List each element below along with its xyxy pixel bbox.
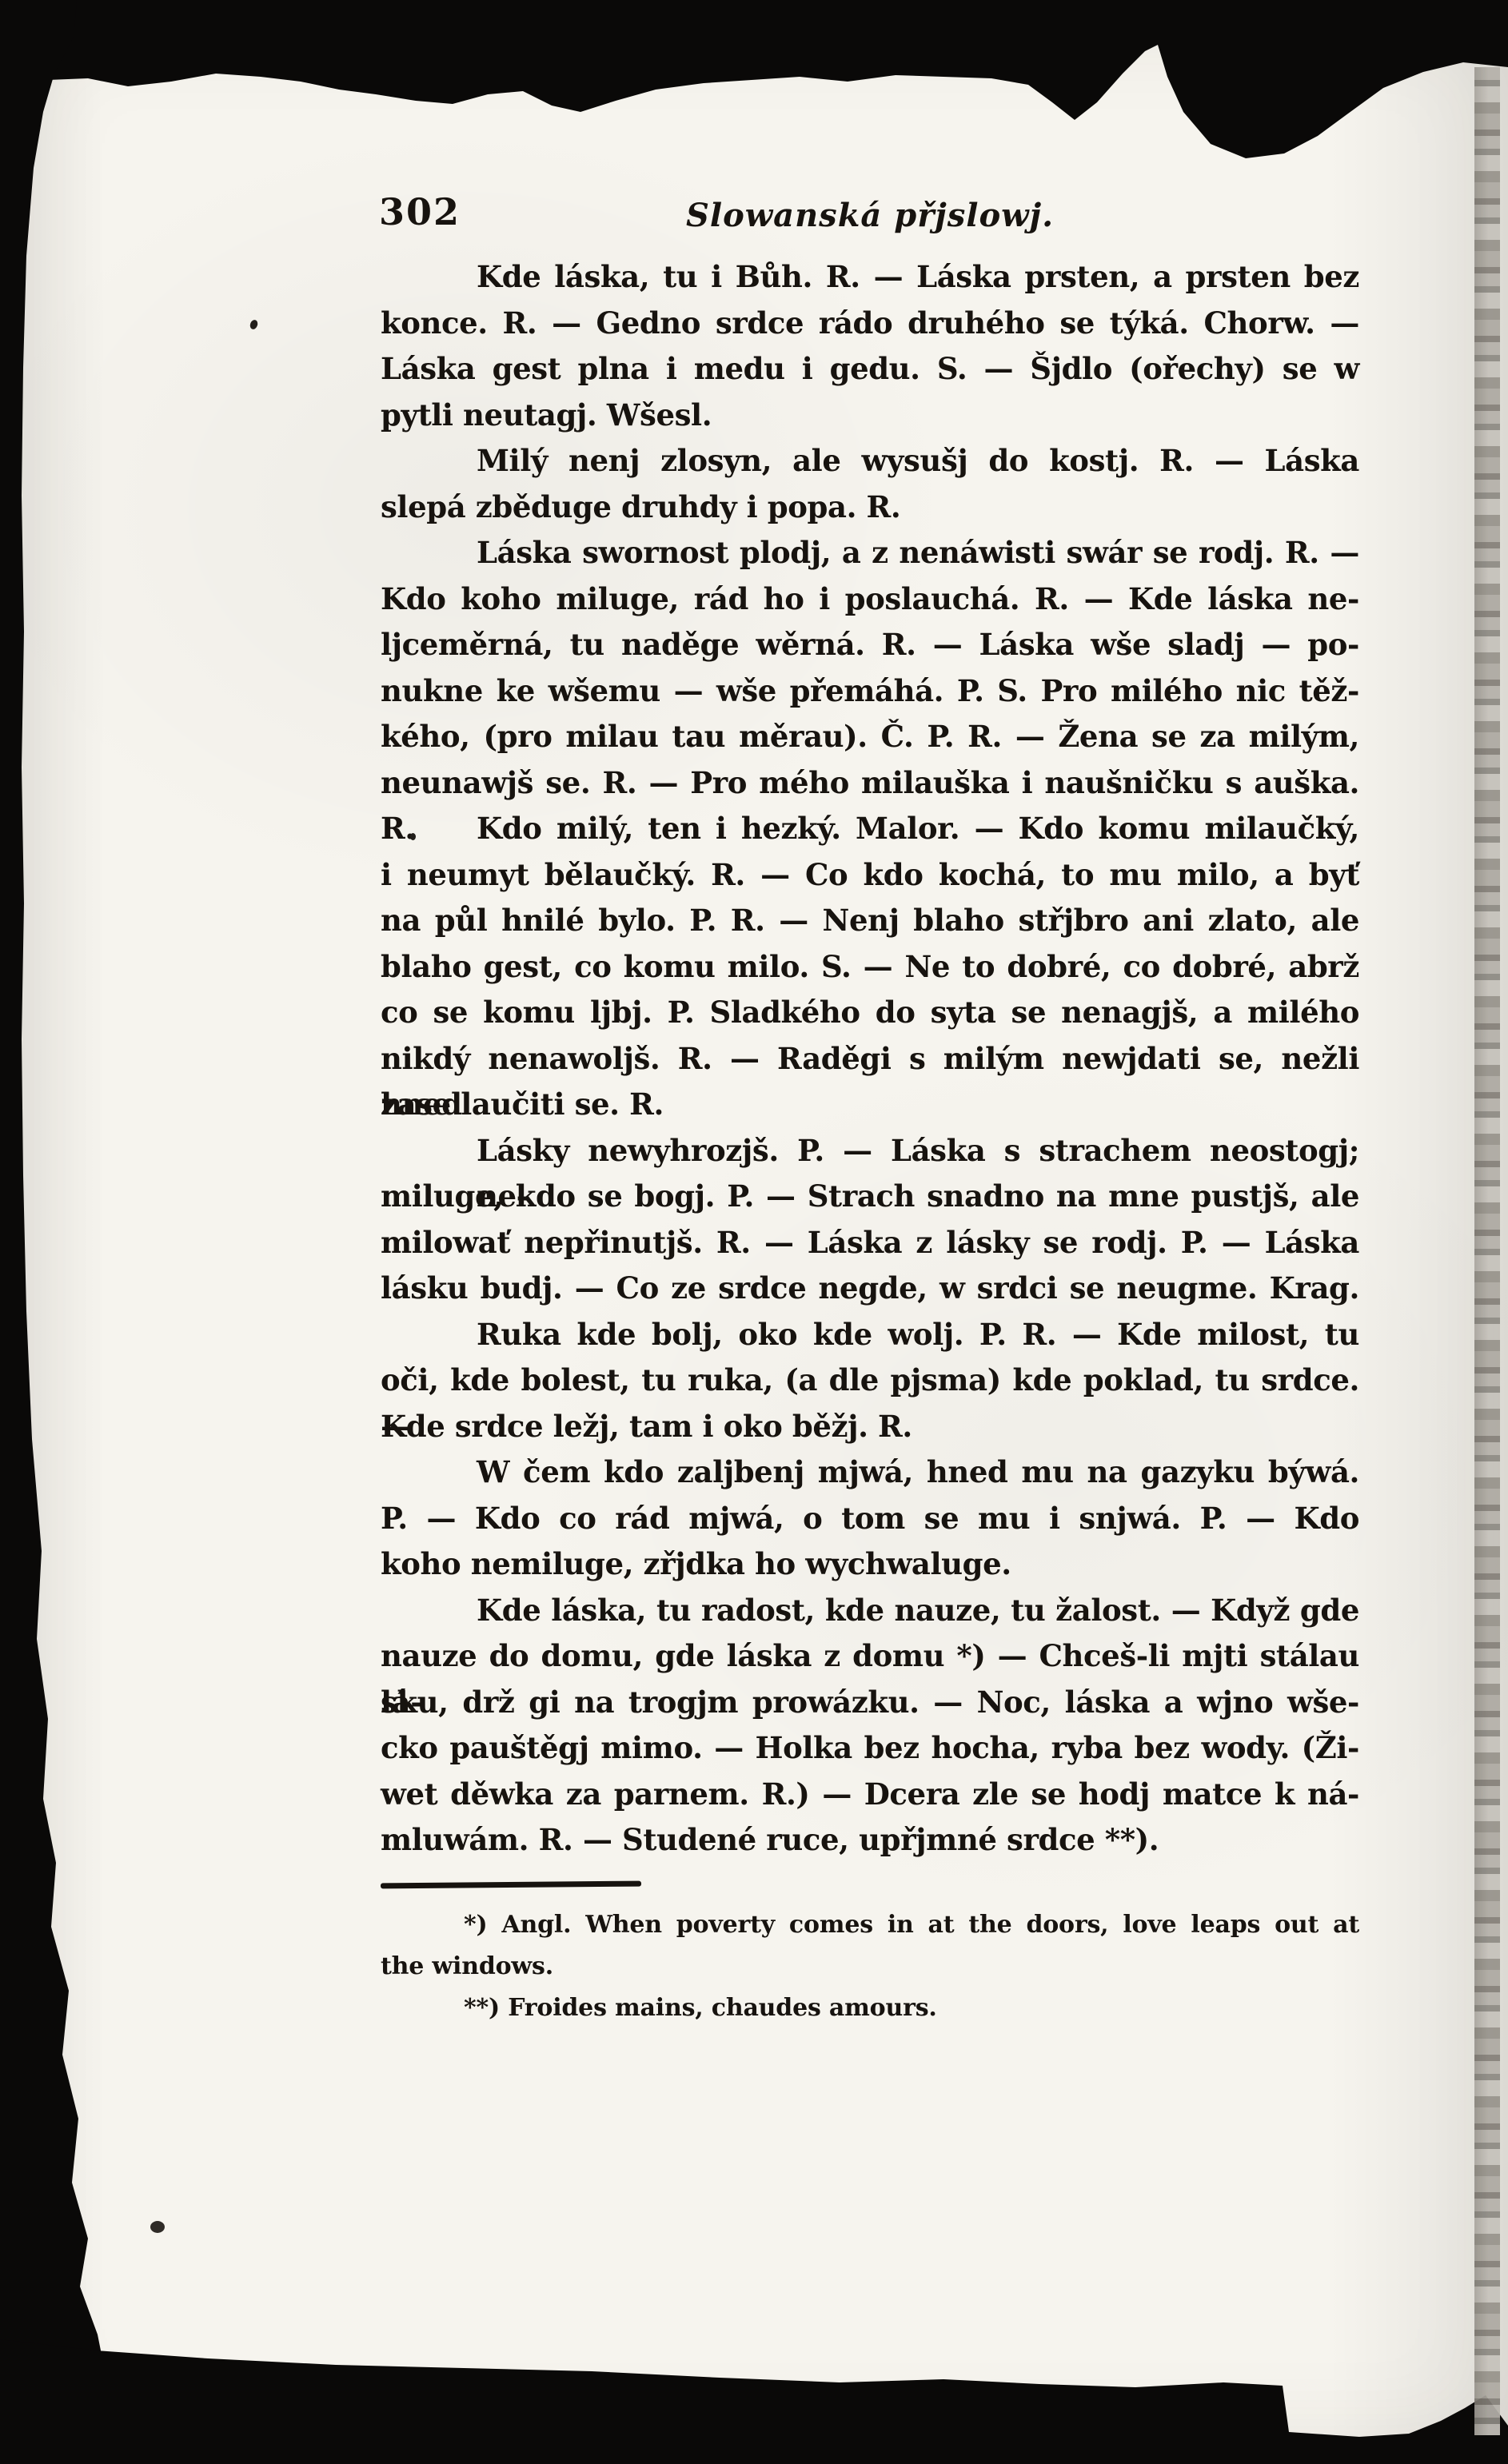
ink-speck — [150, 2221, 165, 2233]
text-line: miluge, kdo se bogj. P. — Strach snadno … — [381, 1174, 1359, 1220]
book-page-scan: 302 Slowanská přjslowj. Kde láska, tu i … — [0, 0, 1508, 2464]
text-line: Lásky newyhrozjš. P. — Láska s strachem … — [381, 1128, 1359, 1174]
text-line: i neumyt bělaučký. R. — Co kdo kochá, to… — [381, 852, 1359, 899]
ink-speck — [410, 833, 416, 840]
text-line: koho nemiluge, zřjdka ho wychwaluge. — [381, 1541, 1359, 1588]
text-line: Kde srdce ležj, tam i oko běžj. R. — [381, 1404, 1359, 1450]
footnote-line: *) Angl. When poverty comes in at the do… — [381, 1904, 1359, 1946]
text-line: W čem kdo zaljbenj mjwá, hned mu na gazy… — [381, 1449, 1359, 1496]
text-line: konce. R. — Gedno srdce rádo druhého se … — [381, 301, 1359, 347]
proverb-text-block: Kde láska, tu i Bůh. R. — Láska prsten, … — [381, 254, 1359, 1864]
text-line: Kdo koho miluge, rád ho i poslauchá. R. … — [381, 576, 1359, 623]
text-line: Kde láska, tu radost, kde nauze, tu žalo… — [381, 1588, 1359, 1634]
text-line: neunawjš se. R. — Pro mého milauška i na… — [381, 760, 1359, 807]
text-line: wet děwka za parnem. R.) — Dcera zle se … — [381, 1772, 1359, 1818]
text-line: kého, (pro milau tau měrau). Č. P. R. — … — [381, 714, 1359, 760]
text-line: Ruka kde bolj, oko kde wolj. P. R. — Kde… — [381, 1312, 1359, 1358]
text-line: nukne ke wšemu — wše přemáhá. P. S. Pro … — [381, 668, 1359, 715]
text-line: co se komu ljbj. P. Sladkého do syta se … — [381, 990, 1359, 1036]
text-line: Kdo milý, ten i hezký. Malor. — Kdo komu… — [381, 806, 1359, 852]
text-line: Láska swornost plodj, a z nenáwisti swár… — [381, 530, 1359, 576]
text-line: P. — Kdo co rád mjwá, o tom se mu i snjw… — [381, 1496, 1359, 1542]
text-line: na půl hnilé bylo. P. R. — Nenj blaho st… — [381, 898, 1359, 944]
ink-speck — [1156, 1749, 1160, 1756]
footnote-line: **) Froides mains, chaudes amours. — [381, 1988, 1359, 2029]
text-line: blaho gest, co komu milo. S. — Ne to dob… — [381, 944, 1359, 991]
text-line: lásku budj. — Co ze srdce negde, w srdci… — [381, 1266, 1359, 1312]
text-line: pytli neutagj. Wšesl. — [381, 393, 1359, 439]
text-line: nauze do domu, gde láska z domu *) — Chc… — [381, 1633, 1359, 1680]
text-line: slepá zběduge druhdy i popa. R. — [381, 484, 1359, 531]
text-line: Kde láska, tu i Bůh. R. — Láska prsten, … — [381, 254, 1359, 301]
text-line: cko pauštěgj mimo. — Holka bez hocha, ry… — [381, 1725, 1359, 1772]
text-line: milowať nepřinutjš. R. — Láska z lásky s… — [381, 1220, 1359, 1266]
footnote-block: *) Angl. When poverty comes in at the do… — [381, 1904, 1359, 2029]
text-line: zase laučiti se. R. — [381, 1082, 1359, 1128]
text-line: mluwám. R. — Studené ruce, upřjmné srdce… — [381, 1817, 1359, 1864]
running-title: Slowanská přjslowj. — [381, 197, 1359, 234]
footnote-line: the windows. — [381, 1946, 1359, 1988]
text-line: Milý nenj zlosyn, ale wysušj do kostj. R… — [381, 438, 1359, 484]
text-line: ljceměrná, tu naděge wěrná. R. — Láska w… — [381, 622, 1359, 668]
text-line: nikdý nenawoljš. R. — Raděgi s milým new… — [381, 1036, 1359, 1082]
text-line: Láska gest plna i medu i gedu. S. — Šjdl… — [381, 346, 1359, 393]
page-edge-strip — [1474, 67, 1500, 2435]
text-line: sku, drž gi na trogjm prowázku. — Noc, l… — [381, 1680, 1359, 1726]
text-line: oči, kde bolest, tu ruka, (a dle pjsma) … — [381, 1358, 1359, 1404]
